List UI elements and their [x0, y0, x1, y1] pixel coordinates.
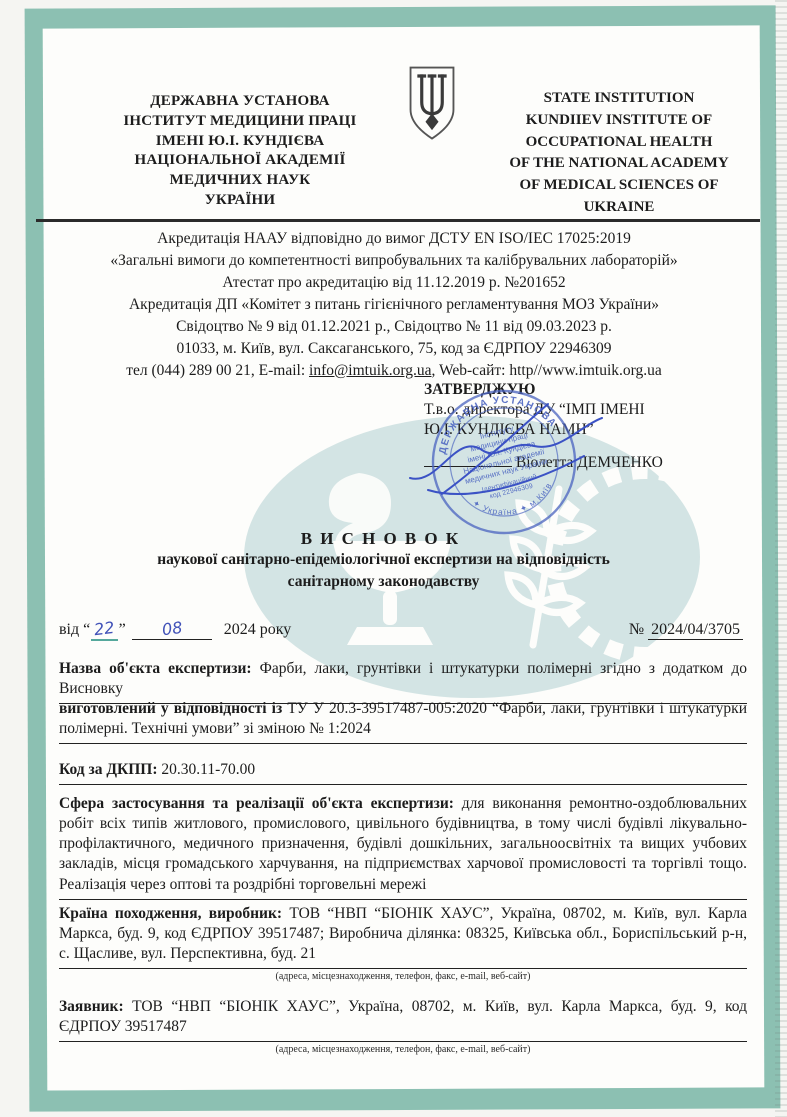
section-object-name: Назва об'єкта експертизи: Фарби, лаки, г…: [59, 659, 747, 704]
institution-ua-line: ІМЕНІ Ю.І. КУНДІЄВА: [84, 132, 396, 152]
document-subtitle: санітарному законодавству: [0, 571, 767, 593]
date-year: 2024 року: [224, 621, 292, 639]
document-number: 2024/04/3705: [648, 621, 743, 640]
section-rule: [59, 1041, 747, 1042]
header-divider: [36, 219, 760, 222]
institution-ua-line: НАЦІОНАЛЬНОЇ АКАДЕМІЇ: [84, 151, 396, 171]
section-manufactured: виготовлений у відповідності із ТУ У 20.…: [59, 699, 747, 744]
accreditation-block: Акредитація НААУ відповідно до вимог ДСТ…: [44, 228, 744, 382]
date-close-quote: ”: [119, 621, 126, 639]
section-text: ТОВ “НВП “БІОНІК ХАУС”, Україна, 08702, …: [59, 998, 747, 1035]
field-caption: (адреса, місцезнаходження, телефон, факс…: [59, 1043, 747, 1056]
date-prefix: від “: [59, 621, 90, 639]
section-rule: [59, 968, 747, 969]
number-label: №: [629, 621, 644, 639]
field-caption: (адреса, місцезнаходження, телефон, факс…: [59, 970, 747, 983]
document-subtitle: наукової санітарно-епідеміологічної експ…: [0, 549, 767, 571]
accreditation-line: 01033, м. Київ, вул. Саксаганського, 75,…: [44, 338, 744, 360]
institution-ua-line: МЕДИЧНИХ НАУК: [84, 171, 396, 191]
contact-line: тел (044) 289 00 21, E-mail: info@imtuik…: [44, 360, 744, 382]
accreditation-line: Акредитація ДП «Комітет з питань гігієні…: [44, 294, 744, 316]
email-text: info@imtuik.org.ua: [309, 362, 431, 379]
accreditation-line: «Загальні вимоги до компетентності випро…: [44, 250, 744, 272]
signature-scribble: [398, 390, 613, 500]
accreditation-line: Акредитація НААУ відповідно до вимог ДСТ…: [44, 228, 744, 250]
institution-en-line: OF MEDICAL SCIENCES OF: [468, 175, 770, 197]
handwritten-day: 22: [91, 619, 117, 641]
section-origin-manufacturer: Країна походження, виробник: ТОВ “НВП “Б…: [59, 904, 747, 983]
institution-en-line: OCCUPATIONAL HEALTH: [468, 132, 770, 154]
section-dkpp-code: Код за ДКПП: 20.30.11-70.00: [59, 760, 747, 785]
section-label: Назва об'єкта експертизи:: [59, 660, 252, 677]
section-rule: [59, 899, 747, 900]
date-number-row: від “22” 08 2024 року № 2024/04/3705: [59, 619, 743, 641]
institution-en-line: UKRAINE: [468, 197, 770, 219]
contact-prefix: тел (044) 289 00 21, E-mail:: [126, 362, 309, 379]
institution-ua-line: ДЕРЖАВНА УСТАНОВА: [84, 92, 396, 112]
institution-name-ua: ДЕРЖАВНА УСТАНОВА ІНСТИТУТ МЕДИЦИНИ ПРАЦ…: [84, 92, 396, 211]
section-text: 20.30.11-70.00: [161, 761, 255, 778]
section-label: Країна походження, виробник:: [59, 905, 282, 922]
document-content: ДЕРЖАВНА УСТАНОВА ІНСТИТУТ МЕДИЦИНИ ПРАЦ…: [0, 0, 787, 1117]
institution-name-en: STATE INSTITUTION KUNDIIEV INSTITUTE OF …: [468, 88, 770, 219]
title-block: ВИСНОВОК наукової санітарно-епідеміологі…: [0, 529, 767, 592]
institution-en-line: KUNDIIEV INSTITUTE OF: [468, 110, 770, 132]
section-rule: [59, 743, 747, 744]
section-applicant: Заявник: ТОВ “НВП “БІОНІК ХАУС”, Україна…: [59, 997, 747, 1056]
institution-en-line: OF THE NATIONAL ACADEMY: [468, 153, 770, 175]
accreditation-line: Атестат про акредитацію від 11.12.2019 р…: [44, 272, 744, 294]
document-title: ВИСНОВОК: [0, 529, 767, 549]
section-label: виготовлений у відповідності із: [59, 700, 282, 717]
section-rule: [59, 784, 747, 785]
section-label: Заявник:: [59, 998, 124, 1015]
section-label: Сфера застосування та реалізації об'єкта…: [59, 795, 454, 812]
section-label: Код за ДКПП:: [59, 761, 158, 778]
accreditation-line: Свідоцтво № 9 від 01.12.2021 р., Свідоцт…: [44, 316, 744, 338]
institution-ua-line: ІНСТИТУТ МЕДИЦИНИ ПРАЦІ: [84, 112, 396, 132]
section-scope: Сфера застосування та реалізації об'єкта…: [59, 794, 747, 900]
handwritten-month: 08: [132, 619, 212, 640]
institution-ua-line: УКРАЇНИ: [84, 191, 396, 211]
institution-en-line: STATE INSTITUTION: [468, 88, 770, 110]
ukraine-trident-icon: [404, 64, 460, 144]
